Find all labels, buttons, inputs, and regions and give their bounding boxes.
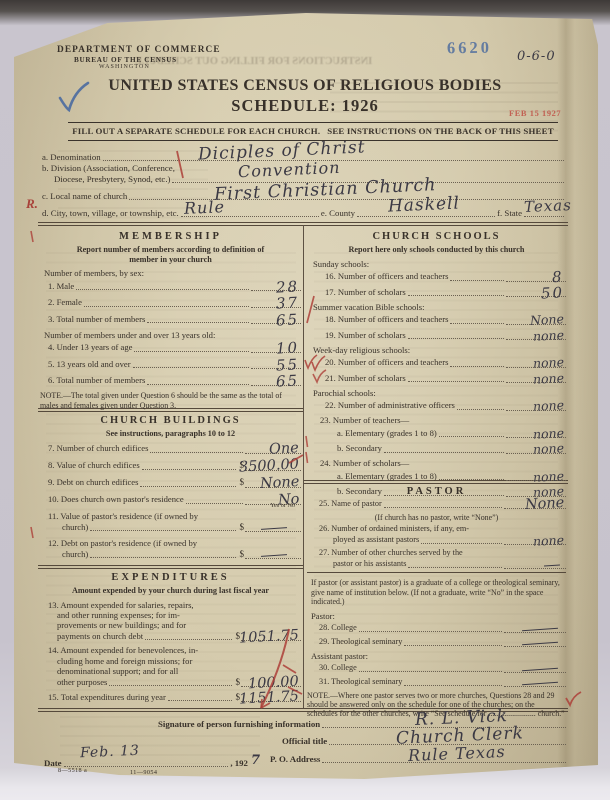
question-label: 18. Number of officers and teachers <box>307 314 448 324</box>
dotted-leader <box>408 329 504 339</box>
answer-area: None <box>506 314 566 325</box>
pen-dash <box>544 564 560 566</box>
question-line: 1. Male28 <box>40 280 301 291</box>
dotted-leader <box>408 372 504 382</box>
question-line: 25. Name of pastorNone <box>307 498 566 509</box>
instruction-banner: FILL OUT A SEPARATE SCHEDULE FOR EACH CH… <box>68 122 558 141</box>
form-number: 8—5518 a <box>58 767 87 774</box>
question-label: 13. Amount expended for salaries, repair… <box>40 600 301 610</box>
question-label: 1. Male <box>40 281 74 291</box>
handwritten-state: Texas <box>524 196 573 216</box>
group-label: Pastor: <box>307 611 566 621</box>
dotted-leader <box>133 358 249 368</box>
question-label: 12. Debt on pastor's residence (if owned… <box>40 538 301 548</box>
question-line: 3. Total number of members65 <box>40 313 301 324</box>
question-row: 21. Number of scholarsnone <box>307 372 566 383</box>
group-label: 24. Number of scholars— <box>307 458 566 468</box>
dotted-leader <box>450 357 504 367</box>
handwritten-answer: 1151.75 <box>239 692 299 705</box>
handwritten-answer: none <box>533 400 565 412</box>
dotted-leader <box>384 498 502 508</box>
section-expenditures: EXPENDITURES Amount expended by your chu… <box>40 570 301 706</box>
handwritten-answer: 1051.75 <box>239 631 299 644</box>
handwritten-city: Rule <box>184 197 226 218</box>
handwritten-answer: 65 <box>276 314 300 325</box>
field-label: e. County <box>321 208 355 218</box>
answer-area <box>504 676 566 687</box>
answer-area: 100.00 <box>241 676 301 687</box>
question-label: 25. Name of pastor <box>307 499 382 509</box>
question-line: 9. Debt on church edifices$None <box>40 477 301 488</box>
group-label: Week-day religious schools: <box>307 345 566 355</box>
dollar-sign: $ <box>238 477 246 487</box>
answer-area: none <box>506 329 566 340</box>
question-label: cluding home and foreign missions; for <box>40 656 301 666</box>
handwritten-answer: 8 <box>552 272 564 283</box>
dotted-leader <box>147 313 249 323</box>
section-heading: PASTOR <box>307 486 566 497</box>
dotted-leader <box>450 314 504 324</box>
dotted-leader <box>168 691 232 701</box>
question-label: 16. Number of officers and teachers <box>307 271 448 281</box>
question-row: 1. Male28 <box>40 280 301 291</box>
question-row: 2. Female37 <box>40 297 301 308</box>
group-label: 23. Number of teachers— <box>307 415 566 425</box>
question-row: b. Secondarynone <box>307 443 566 454</box>
dotted-leader <box>150 443 243 453</box>
question-row: a. Elementary (grades 1 to 8)none <box>307 427 566 438</box>
answer-area: None <box>504 498 566 509</box>
penciled-code: 0-6-0 <box>517 49 556 64</box>
field-division-label1: b. Division (Association, Conference, <box>42 163 175 173</box>
dotted-leader <box>408 558 502 568</box>
column-divider <box>303 225 304 709</box>
dotted-leader <box>404 676 502 686</box>
answer-area: none <box>506 372 566 383</box>
question-label: 27. Number of other churches served by t… <box>307 548 566 558</box>
question-label: 6. Total number of members <box>40 375 145 385</box>
dotted-leader <box>359 622 502 632</box>
question-row: a. Elementary (grades 1 to 8)none <box>307 470 566 481</box>
question-line: pastor or his assistants <box>307 558 566 569</box>
question-label: 7. Number of church edifices <box>40 443 148 453</box>
answer-area: none <box>506 427 566 438</box>
horizontal-rule <box>38 565 303 569</box>
handwritten-answer: none <box>533 428 565 440</box>
dotted-leader <box>404 636 502 646</box>
section-heading: MEMBERSHIP <box>40 231 301 242</box>
question-label: payments on church debt <box>40 631 143 641</box>
subheading-line: member in your church <box>40 255 301 265</box>
question-line: a. Elementary (grades 1 to 8)none <box>307 470 566 481</box>
pen-dash <box>522 667 558 671</box>
answer-area: 1051.75 <box>241 630 301 641</box>
handwritten-county: Haskell <box>388 193 461 216</box>
question-row: 11. Value of pastor's residence (if owne… <box>40 511 301 532</box>
answer-area: 8 <box>506 271 566 282</box>
question-label: 2. Female <box>40 297 82 307</box>
dotted-leader <box>186 494 243 504</box>
pen-dash <box>522 642 558 646</box>
note-text: NOTE.—The total given under Question 6 s… <box>40 391 301 410</box>
red-margin-annotation: R. <box>26 196 38 212</box>
question-row: 22. Number of administrative officersnon… <box>307 400 566 411</box>
pen-dash <box>522 682 558 686</box>
question-row: 19. Number of scholarsnone <box>307 329 566 340</box>
handwritten-answer: None <box>259 477 299 489</box>
question-label: 19. Number of scholars <box>307 330 406 340</box>
question-row: 13. Amount expended for salaries, repair… <box>40 600 301 642</box>
question-label: 29. Theological seminary <box>307 637 402 647</box>
answer-area <box>504 636 566 647</box>
question-line: 4. Under 13 years of age10 <box>40 342 301 353</box>
question-row: 3. Total number of members65 <box>40 313 301 324</box>
dotted-leader <box>384 443 504 453</box>
question-line: b. Secondarynone <box>307 443 566 454</box>
handwritten-answer: none <box>533 443 565 455</box>
question-label: 9. Debt on church edifices <box>40 477 138 487</box>
field-label: a. Denomination <box>42 152 101 162</box>
answer-area: 3500.00 <box>245 460 301 471</box>
question-row: 14. Amount expended for benevolences, in… <box>40 645 301 687</box>
question-line: a. Elementary (grades 1 to 8)none <box>307 427 566 438</box>
question-line: 30. College <box>307 662 566 673</box>
dollar-sign: $ <box>234 677 242 687</box>
answer-area: 65 <box>251 313 301 324</box>
dotted-leader <box>408 286 504 296</box>
handwritten-answer: none <box>533 357 565 369</box>
question-row: 7. Number of church edificesOne <box>40 443 301 454</box>
po-address-label: P. O. Address <box>270 754 320 764</box>
question-row: 8. Value of church edifices$3500.00 <box>40 460 301 471</box>
question-row: 16. Number of officers and teachers8 <box>307 271 566 282</box>
answer-area <box>245 548 301 559</box>
question-label: 20. Number of officers and teachers <box>307 357 448 367</box>
dollar-sign: $ <box>238 549 246 559</box>
question-row: 27. Number of other churches served by t… <box>307 548 566 569</box>
answer-area: 37 <box>251 297 301 308</box>
handwritten-answer: none <box>533 535 564 546</box>
answer-area <box>504 662 566 673</box>
question-line: 17. Number of scholars50 <box>307 286 566 297</box>
note-text: (If church has no pastor, write “None”) <box>307 513 566 522</box>
question-label: a. Elementary (grades 1 to 8) <box>307 471 437 481</box>
dotted-leader <box>450 271 504 281</box>
pen-dash <box>261 527 287 530</box>
question-label: church) <box>40 549 88 559</box>
pen-dash <box>522 627 558 631</box>
dotted-leader <box>76 280 249 290</box>
section-church-schools: CHURCH SCHOOLS Report here only schools … <box>307 229 566 501</box>
question-line: ployed as assistant pastorsnone <box>307 534 566 545</box>
year-printed: , 192 <box>230 758 248 768</box>
question-row: 4. Under 13 years of age10 <box>40 342 301 353</box>
dotted-leader <box>90 521 235 531</box>
dotted-leader <box>147 375 249 385</box>
question-label: 14. Amount expended for benevolences, in… <box>40 645 301 655</box>
question-label: 21. Number of scholars <box>307 373 406 383</box>
section-pastor: PASTOR 25. Name of pastorNone(If church … <box>307 484 566 721</box>
dotted-leader <box>421 534 502 544</box>
dotted-leader <box>457 400 504 410</box>
handwritten-answer: 100.00 <box>248 677 299 690</box>
horizontal-rule <box>307 572 566 573</box>
question-line: 16. Number of officers and teachers8 <box>307 271 566 282</box>
handwritten-answer: 28 <box>276 281 300 292</box>
pen-dash <box>261 554 287 557</box>
answer-area <box>504 558 566 569</box>
answer-area <box>504 622 566 633</box>
question-line: 19. Number of scholarsnone <box>307 329 566 340</box>
handwritten-answer: 65 <box>276 376 300 387</box>
handwritten-answer: none <box>533 471 565 483</box>
question-line: other purposes$100.00 <box>40 676 301 687</box>
dollar-sign: $ <box>238 522 246 532</box>
question-label: church) <box>40 522 88 532</box>
field-city-county-state: d. City, town, village, or township, etc… <box>42 207 566 218</box>
field-label: d. City, town, village, or township, etc… <box>42 208 179 218</box>
question-line: 31. Theological seminary <box>307 676 566 687</box>
answer-area: none <box>506 443 566 454</box>
answer-area: 65 <box>251 375 301 386</box>
question-label: 3. Total number of members <box>40 314 145 324</box>
question-label: a. Elementary (grades 1 to 8) <box>307 428 437 438</box>
serial-number-stamp: 6620 <box>447 38 492 58</box>
subheading-line: Report number of members according to de… <box>40 245 301 255</box>
dotted-leader <box>439 470 504 480</box>
section-subheading: Report number of members according to de… <box>40 245 301 264</box>
question-label: 4. Under 13 years of age <box>40 342 132 352</box>
answer-area: none <box>506 357 566 368</box>
form-title: UNITED STATES CENSUS OF RELIGIOUS BODIES <box>0 77 610 95</box>
question-label: other purposes <box>40 677 107 687</box>
date-received-stamp: FEB 15 1927 <box>509 109 561 118</box>
section-subheading: Amount expended by your church during la… <box>40 586 301 596</box>
question-row: 28. College <box>307 622 566 633</box>
question-line: 18. Number of officers and teachersNone <box>307 314 566 325</box>
signature-label: Signature of person furnishing informati… <box>158 719 320 729</box>
question-line: 21. Number of scholarsnone <box>307 372 566 383</box>
section-church-buildings: CHURCH BUILDINGS See instructions, parag… <box>40 413 301 565</box>
field-label: f. State <box>497 208 522 218</box>
question-line: 29. Theological seminary <box>307 636 566 647</box>
question-row: 10. Does church own pastor's residenceNo… <box>40 494 301 505</box>
section-heading: CHURCH BUILDINGS <box>40 415 301 426</box>
question-row: 29. Theological seminary <box>307 636 566 647</box>
answer-area: none <box>506 470 566 481</box>
question-line: 8. Value of church edifices$3500.00 <box>40 460 301 471</box>
section-membership: MEMBERSHIP Report number of members acco… <box>40 229 301 412</box>
agency-bureau: BUREAU OF THE CENSUS <box>74 56 177 64</box>
question-label: 26. Number of ordained ministers, if any… <box>307 524 566 534</box>
question-label: 8. Value of church edifices <box>40 460 140 470</box>
question-label: 11. Value of pastor's residence (if owne… <box>40 511 301 521</box>
group-label: Assistant pastor: <box>307 651 566 661</box>
agency-name: DEPARTMENT OF COMMERCE <box>57 45 221 55</box>
section-heading: EXPENDITURES <box>40 572 301 583</box>
question-row: 30. College <box>307 662 566 673</box>
answer-area: 55 <box>251 358 301 369</box>
question-line: church)$ <box>40 548 301 559</box>
group-label: Summer vacation Bible schools: <box>307 302 566 312</box>
dotted-leader <box>140 477 235 487</box>
field-label: c. Local name of church <box>42 191 127 201</box>
question-label: and other running expenses; for im- <box>40 610 301 620</box>
question-row: 31. Theological seminary <box>307 676 566 687</box>
group-label: Parochial schools: <box>307 388 566 398</box>
dotted-leader <box>109 676 231 686</box>
handwritten-answer: 55 <box>276 359 300 370</box>
question-label: 10. Does church own pastor's residence <box>40 494 184 504</box>
dotted-leader <box>359 662 502 672</box>
dotted-leader <box>90 548 235 558</box>
handwritten-answer: None <box>524 499 564 511</box>
dotted-leader <box>142 460 236 470</box>
handwritten-answer: 10 <box>276 343 300 354</box>
handwritten-year-digit: 7 <box>251 753 260 768</box>
form-number: 11—9054 <box>130 769 157 776</box>
question-line: 10. Does church own pastor's residenceNo… <box>40 494 301 505</box>
handwritten-answer: 50 <box>541 287 565 298</box>
answer-area: 28 <box>251 280 301 291</box>
section-subheading: See instructions, paragraphs 10 to 12 <box>40 429 301 439</box>
handwritten-answer: none <box>533 373 565 385</box>
group-label: Number of members, by sex: <box>40 268 301 278</box>
question-label: 28. College <box>307 623 357 633</box>
dotted-leader <box>439 427 504 437</box>
dotted-leader <box>145 630 231 640</box>
question-label: b. Secondary <box>307 443 382 453</box>
question-line: 28. College <box>307 622 566 633</box>
handwritten-answer: 37 <box>276 298 300 309</box>
question-label: 5. 13 years old and over <box>40 359 131 369</box>
official-title-label: Official title <box>282 736 327 746</box>
question-label: 22. Number of administrative officers <box>307 400 455 410</box>
question-line: church)$ <box>40 521 301 532</box>
answer-area: 50 <box>506 286 566 297</box>
handwritten-answer: One <box>269 444 299 456</box>
question-row: 18. Number of officers and teachersNone <box>307 314 566 325</box>
handwritten-answer: 3500.00 <box>239 460 299 473</box>
answer-area: 1151.75 <box>241 691 301 702</box>
scanned-census-form: INSTRUCTIONS FOR FILLING OUT SCHEDULE DE… <box>0 0 610 800</box>
handwritten-answer: None <box>530 314 564 326</box>
dotted-leader <box>134 342 249 352</box>
answer-area: none <box>506 400 566 411</box>
group-label: Sunday schools: <box>307 259 566 269</box>
answer-area: None <box>245 477 301 488</box>
question-row: 6. Total number of members65 <box>40 375 301 386</box>
question-line: 2. Female37 <box>40 297 301 308</box>
question-row: 26. Number of ordained ministers, if any… <box>307 524 566 545</box>
question-row: 17. Number of scholars50 <box>307 286 566 297</box>
question-label: 30. College <box>307 663 357 673</box>
question-row: 12. Debt on pastor's residence (if owned… <box>40 538 301 559</box>
group-label: Number of members under and over 13 year… <box>40 330 301 340</box>
answer-area <box>245 521 301 532</box>
handwritten-date: Feb. 13 <box>80 743 141 762</box>
question-label: pastor or his assistants <box>307 559 406 569</box>
date-row: Date , 192 7 <box>44 753 260 768</box>
question-label: 15. Total expenditures during year <box>40 692 166 702</box>
question-line: payments on church debt$1051.75 <box>40 630 301 641</box>
question-line: 20. Number of officers and teachersnone <box>307 357 566 368</box>
answer-area: 10 <box>251 342 301 353</box>
field-label: Diocese, Presbytery, Synod, etc.) <box>54 174 170 184</box>
answer-area: none <box>504 534 566 545</box>
question-row: 20. Number of officers and teachersnone <box>307 357 566 368</box>
section-heading: CHURCH SCHOOLS <box>307 231 566 242</box>
question-label: 17. Number of scholars <box>307 287 406 297</box>
dotted-leader <box>84 297 249 307</box>
question-row: 9. Debt on church edifices$None <box>40 477 301 488</box>
question-row: 15. Total expenditures during year$1151.… <box>40 691 301 702</box>
question-line: 6. Total number of members65 <box>40 375 301 386</box>
question-label: ployed as assistant pastors <box>307 535 419 545</box>
question-row: 25. Name of pastorNone <box>307 498 566 509</box>
section-subheading: Report here only schools conducted by th… <box>307 245 566 255</box>
question-row: 5. 13 years old and over55 <box>40 358 301 369</box>
answer-area: NoYes or No <box>245 494 301 505</box>
note-text: If pastor (or assistant pastor) is a gra… <box>307 577 566 608</box>
question-line: 15. Total expenditures during year$1151.… <box>40 691 301 702</box>
handwritten-answer: none <box>533 330 565 342</box>
agency-city: WASHINGTON <box>99 64 150 70</box>
question-line: 5. 13 years old and over55 <box>40 358 301 369</box>
question-label: 31. Theological seminary <box>307 677 402 687</box>
question-line: 22. Number of administrative officersnon… <box>307 400 566 411</box>
question-line: 7. Number of church edificesOne <box>40 443 301 454</box>
answer-area: One <box>245 443 301 454</box>
